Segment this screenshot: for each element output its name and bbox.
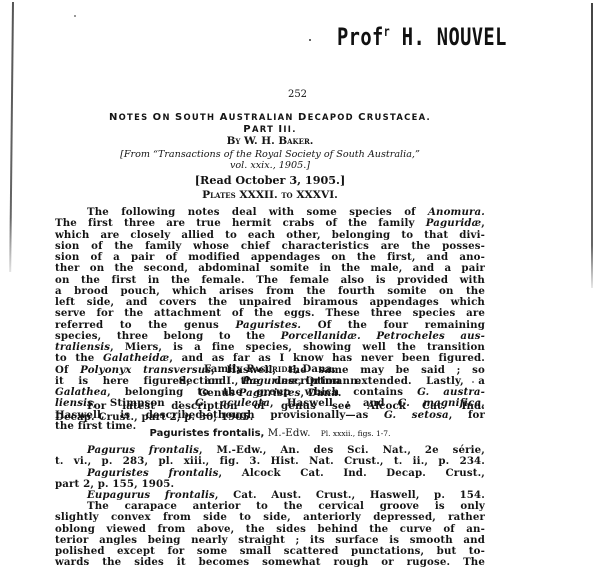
family-heading: Family Paguridæ, Dana. — [55, 364, 485, 375]
scan-speck — [74, 15, 76, 17]
read-date: [Read October 3, 1905.] — [55, 175, 485, 186]
species-author: M.-Edw. — [264, 428, 310, 439]
species-name: Paguristes frontalis, — [150, 428, 265, 439]
stamp-prefix: Prof — [337, 23, 384, 51]
source-citation-line2: vol. xxix., 1905.] — [55, 160, 485, 171]
page-number: 252 — [0, 89, 595, 100]
species-heading: Paguristes frontalis, M.-Edw. Pl. xxxii.… — [30, 428, 510, 439]
text-line: Decap. Crust., part 2, p. 30, 1905. — [55, 412, 485, 423]
article-part: PART III. — [40, 124, 500, 135]
source-citation-line1: [From “Transactions of the Royal Society… — [55, 149, 485, 160]
article-author: By W. H. Baker. — [55, 136, 485, 147]
stamp-name: H. NOUVEL — [390, 23, 507, 51]
scan-speck — [309, 39, 311, 41]
text-line: wards the sides it becomes somewhat roug… — [55, 557, 485, 568]
plate-reference: Pl. xxxii., figs. 1-7. — [321, 429, 391, 438]
article-title: NOTES ON SOUTH AUSTRALIAN DECAPOD CRUSTA… — [40, 112, 500, 123]
section-heading: Section I., Pagurinæ, Ortmann. — [55, 376, 485, 387]
scan-border-left — [9, 2, 13, 272]
plates-reference: Plates XXXII. to XXXVI. — [55, 190, 485, 201]
owner-stamp: Profr H. NOUVEL — [337, 23, 507, 51]
scan-border-right — [591, 3, 593, 288]
genus-heading: Genus Paguristes, Dana. — [55, 388, 485, 399]
